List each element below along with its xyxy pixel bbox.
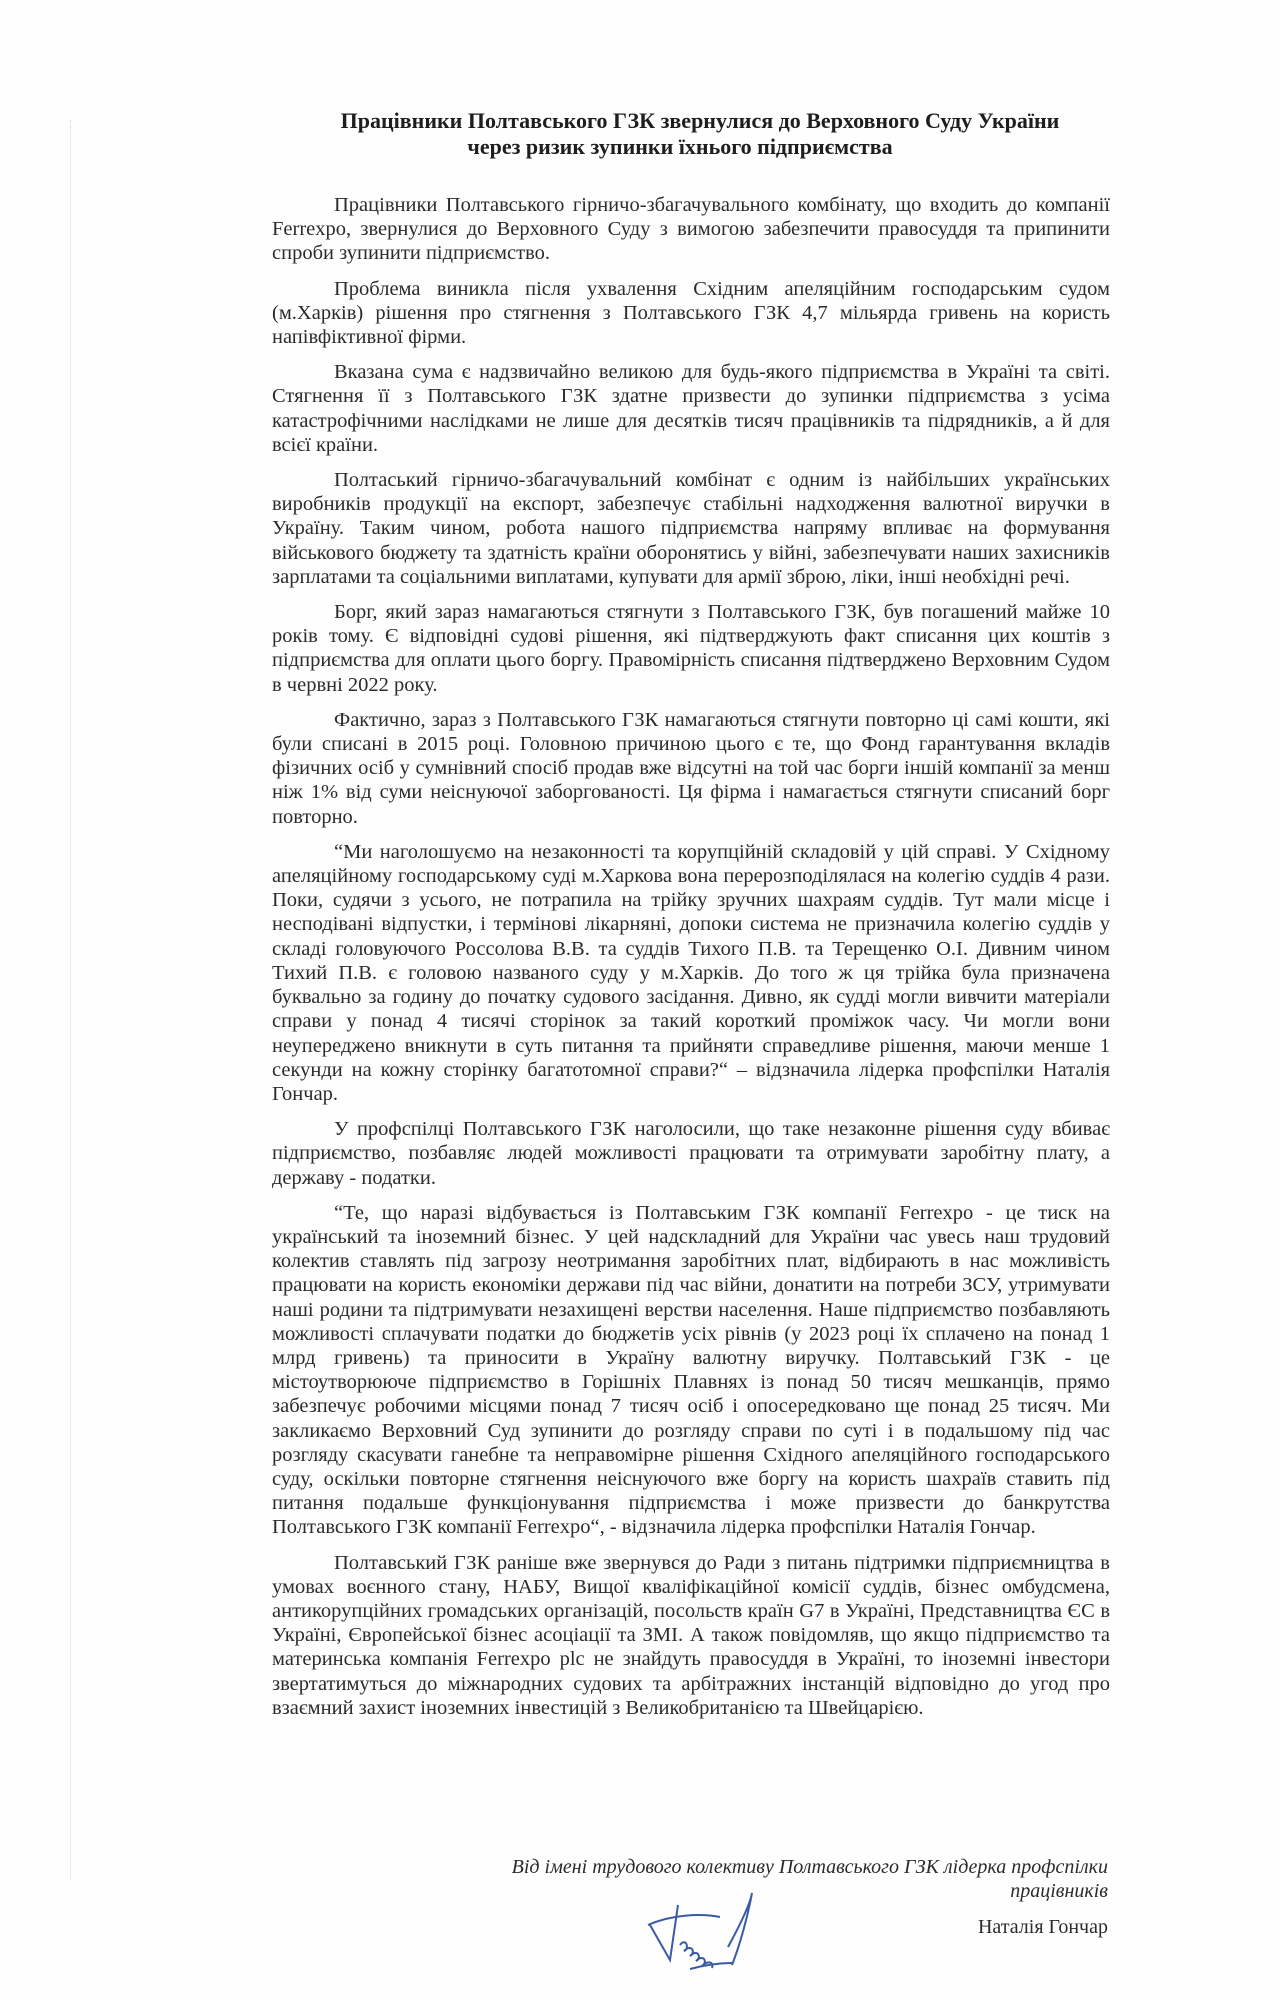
title-line-2: через ризик зупинки їхнього підприємства <box>250 134 1110 160</box>
quote-paragraph: “Ми наголошуємо на незаконності та коруп… <box>272 840 1110 1106</box>
scan-margin-line <box>70 120 71 1880</box>
paragraph: Вказана сума є надзвичайно великою для б… <box>272 360 1110 457</box>
paragraph: Проблема виникла після ухвалення Східним… <box>272 277 1110 350</box>
document-page: Працівники Полтавського ГЗК звернулися д… <box>0 0 1280 2000</box>
document-body: Працівники Полтавського гірничо-збагачув… <box>272 193 1110 1731</box>
title-line-1: Працівники Полтавського ГЗК звернулися д… <box>250 108 1110 134</box>
handwritten-signature-icon <box>640 1885 790 1975</box>
paragraph: Полтаський гірничо-збагачувальний комбін… <box>272 468 1110 589</box>
signature-line-1: Від імені трудового колективу Полтавсько… <box>400 1855 1108 1879</box>
paragraph: Працівники Полтавського гірничо-збагачув… <box>272 193 1110 266</box>
paragraph: У профспілці Полтавського ГЗК наголосили… <box>272 1117 1110 1190</box>
quote-paragraph: “Те, що наразі відбувається із Полтавськ… <box>272 1201 1110 1540</box>
paragraph: Полтавський ГЗК раніше вже звернувся до … <box>272 1551 1110 1720</box>
paragraph: Борг, який зараз намагаються стягнути з … <box>272 600 1110 697</box>
document-title: Працівники Полтавського ГЗК звернулися д… <box>250 108 1110 160</box>
paragraph: Фактично, зараз з Полтавського ГЗК намаг… <box>272 708 1110 829</box>
